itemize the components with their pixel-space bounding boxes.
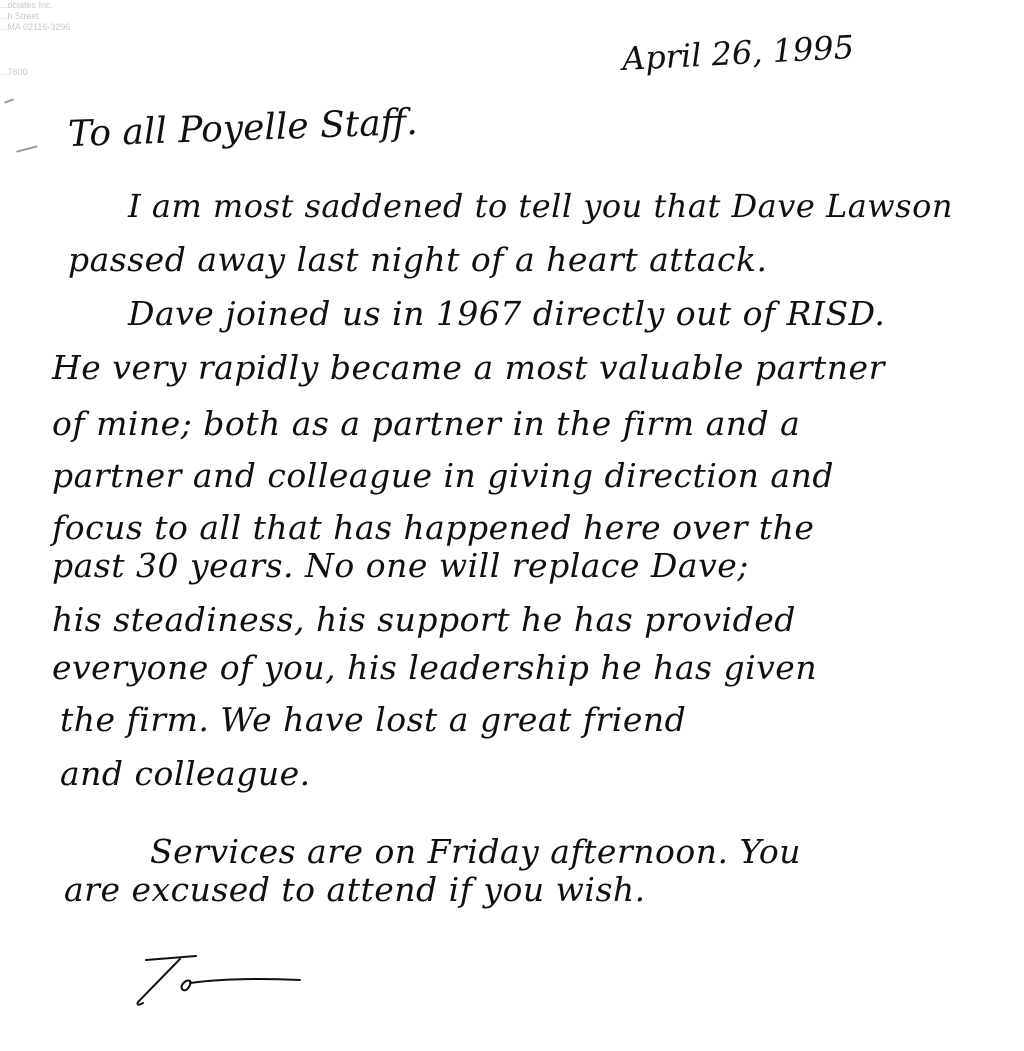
body-line: I am most saddened to tell you that Dave… <box>128 186 953 226</box>
body-line: and colleague. <box>60 754 311 794</box>
letterhead-company: ...ociates Inc. <box>0 0 130 11</box>
body-line: the firm. We have lost a great friend <box>60 700 686 740</box>
body-line: past 30 years. No one will replace Dave; <box>52 546 749 586</box>
body-line: He very rapidly became a most valuable p… <box>52 348 885 388</box>
letterhead-street: ...h Street <box>0 11 130 22</box>
body-line: Services are on Friday afternoon. You <box>150 832 801 872</box>
letterhead: ...ociates Inc. ...h Street ...MA 02116-… <box>0 0 130 78</box>
body-line: are excused to attend if you wish. <box>64 870 646 910</box>
stray-mark <box>4 98 14 103</box>
letterhead-phone: ...7600 <box>0 67 130 78</box>
body-line: everyone of you, his leadership he has g… <box>52 648 817 688</box>
letterhead-city: ...MA 02116-3296 <box>0 22 130 33</box>
letter-salutation: To all Poyelle Staff. <box>67 102 418 155</box>
body-line: Dave joined us in 1967 directly out of R… <box>128 294 885 334</box>
body-line: passed away last night of a heart attack… <box>68 240 767 280</box>
body-line: partner and colleague in giving directio… <box>52 456 834 496</box>
letter-date: April 26, 1995 <box>621 28 855 78</box>
body-line: of mine; both as a partner in the firm a… <box>52 404 800 444</box>
body-line: focus to all that has happened here over… <box>52 508 814 548</box>
body-line: his steadiness, his support he has provi… <box>52 600 796 640</box>
stray-mark <box>16 145 38 153</box>
signature <box>134 955 314 1015</box>
